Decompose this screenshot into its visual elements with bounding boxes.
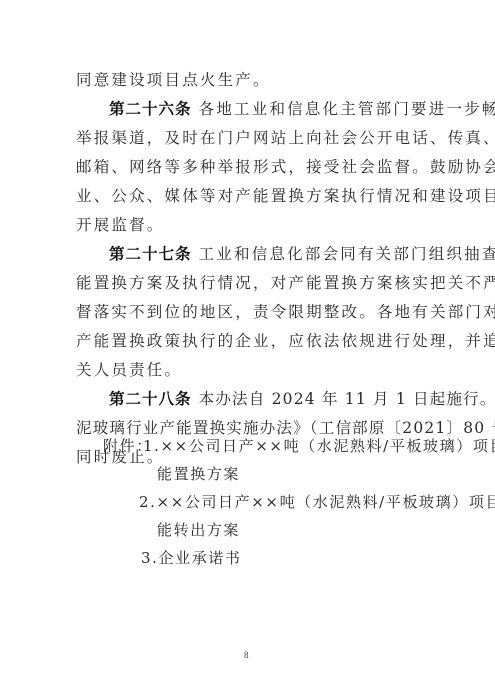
text-line: 工业和信息化部会同有关部门组织抽查产: [199, 245, 495, 263]
article-26-heading: 第二十六条: [109, 100, 192, 118]
text-line: 同意建设项目点火生产。: [76, 70, 271, 90]
page-number: 8: [244, 650, 249, 660]
attachment-3: 3.企业承诺书: [141, 548, 242, 568]
text-line: 业、公众、媒体等对产能置换方案执行情况和建设项目情况: [76, 186, 495, 206]
article-26-paragraph: 第二十六条 各地工业和信息化主管部门要进一步畅通: [109, 99, 495, 119]
attachment-1-line1: 1.××公司日产××吨（水泥熟料/平板玻璃）项目产: [143, 436, 495, 456]
article-28-heading: 第二十八条: [109, 390, 192, 408]
text-line: 督落实不到位的地区，责令限期整改。各地有关部门对未按: [76, 302, 495, 322]
attachment-2-line1: 2.××公司日产××吨（水泥熟料/平板玻璃）项目产: [139, 492, 495, 512]
article-27-heading: 第二十七条: [109, 245, 192, 263]
text-line: 开展监督。: [76, 215, 165, 235]
article-27-paragraph: 第二十七条 工业和信息化部会同有关部门组织抽查产: [109, 244, 495, 264]
text-line: 泥玻璃行业产能置换实施办法》（工信部原〔2021〕80 号）: [76, 418, 495, 438]
text-line: 关人员责任。: [76, 360, 182, 380]
article-28-paragraph: 第二十八条 本办法自 2024 年 11 月 1 日起施行。《水: [109, 389, 495, 409]
text-line: 本办法自 2024 年 11 月 1 日起施行。《水: [199, 390, 495, 408]
text-line: 能置换方案及执行情况，对产能置换方案核实把关不严、监: [76, 273, 495, 293]
text-line: 邮箱、网络等多种举报形式，接受社会监督。鼓励协会、企: [76, 157, 495, 177]
text-line: 各地工业和信息化主管部门要进一步畅通: [199, 100, 495, 118]
text-line: 举报渠道，及时在门户网站上向社会公开电话、传真、电子: [76, 128, 495, 148]
document-page: 同意建设项目点火生产。 第二十六条 各地工业和信息化主管部门要进一步畅通 举报渠…: [0, 0, 495, 699]
attachment-1-line2: 能置换方案: [157, 464, 240, 484]
attachment-2-line2: 能转出方案: [157, 520, 240, 540]
text-line: 产能置换政策执行的企业，应依法依规进行处理，并追究相: [76, 331, 495, 351]
